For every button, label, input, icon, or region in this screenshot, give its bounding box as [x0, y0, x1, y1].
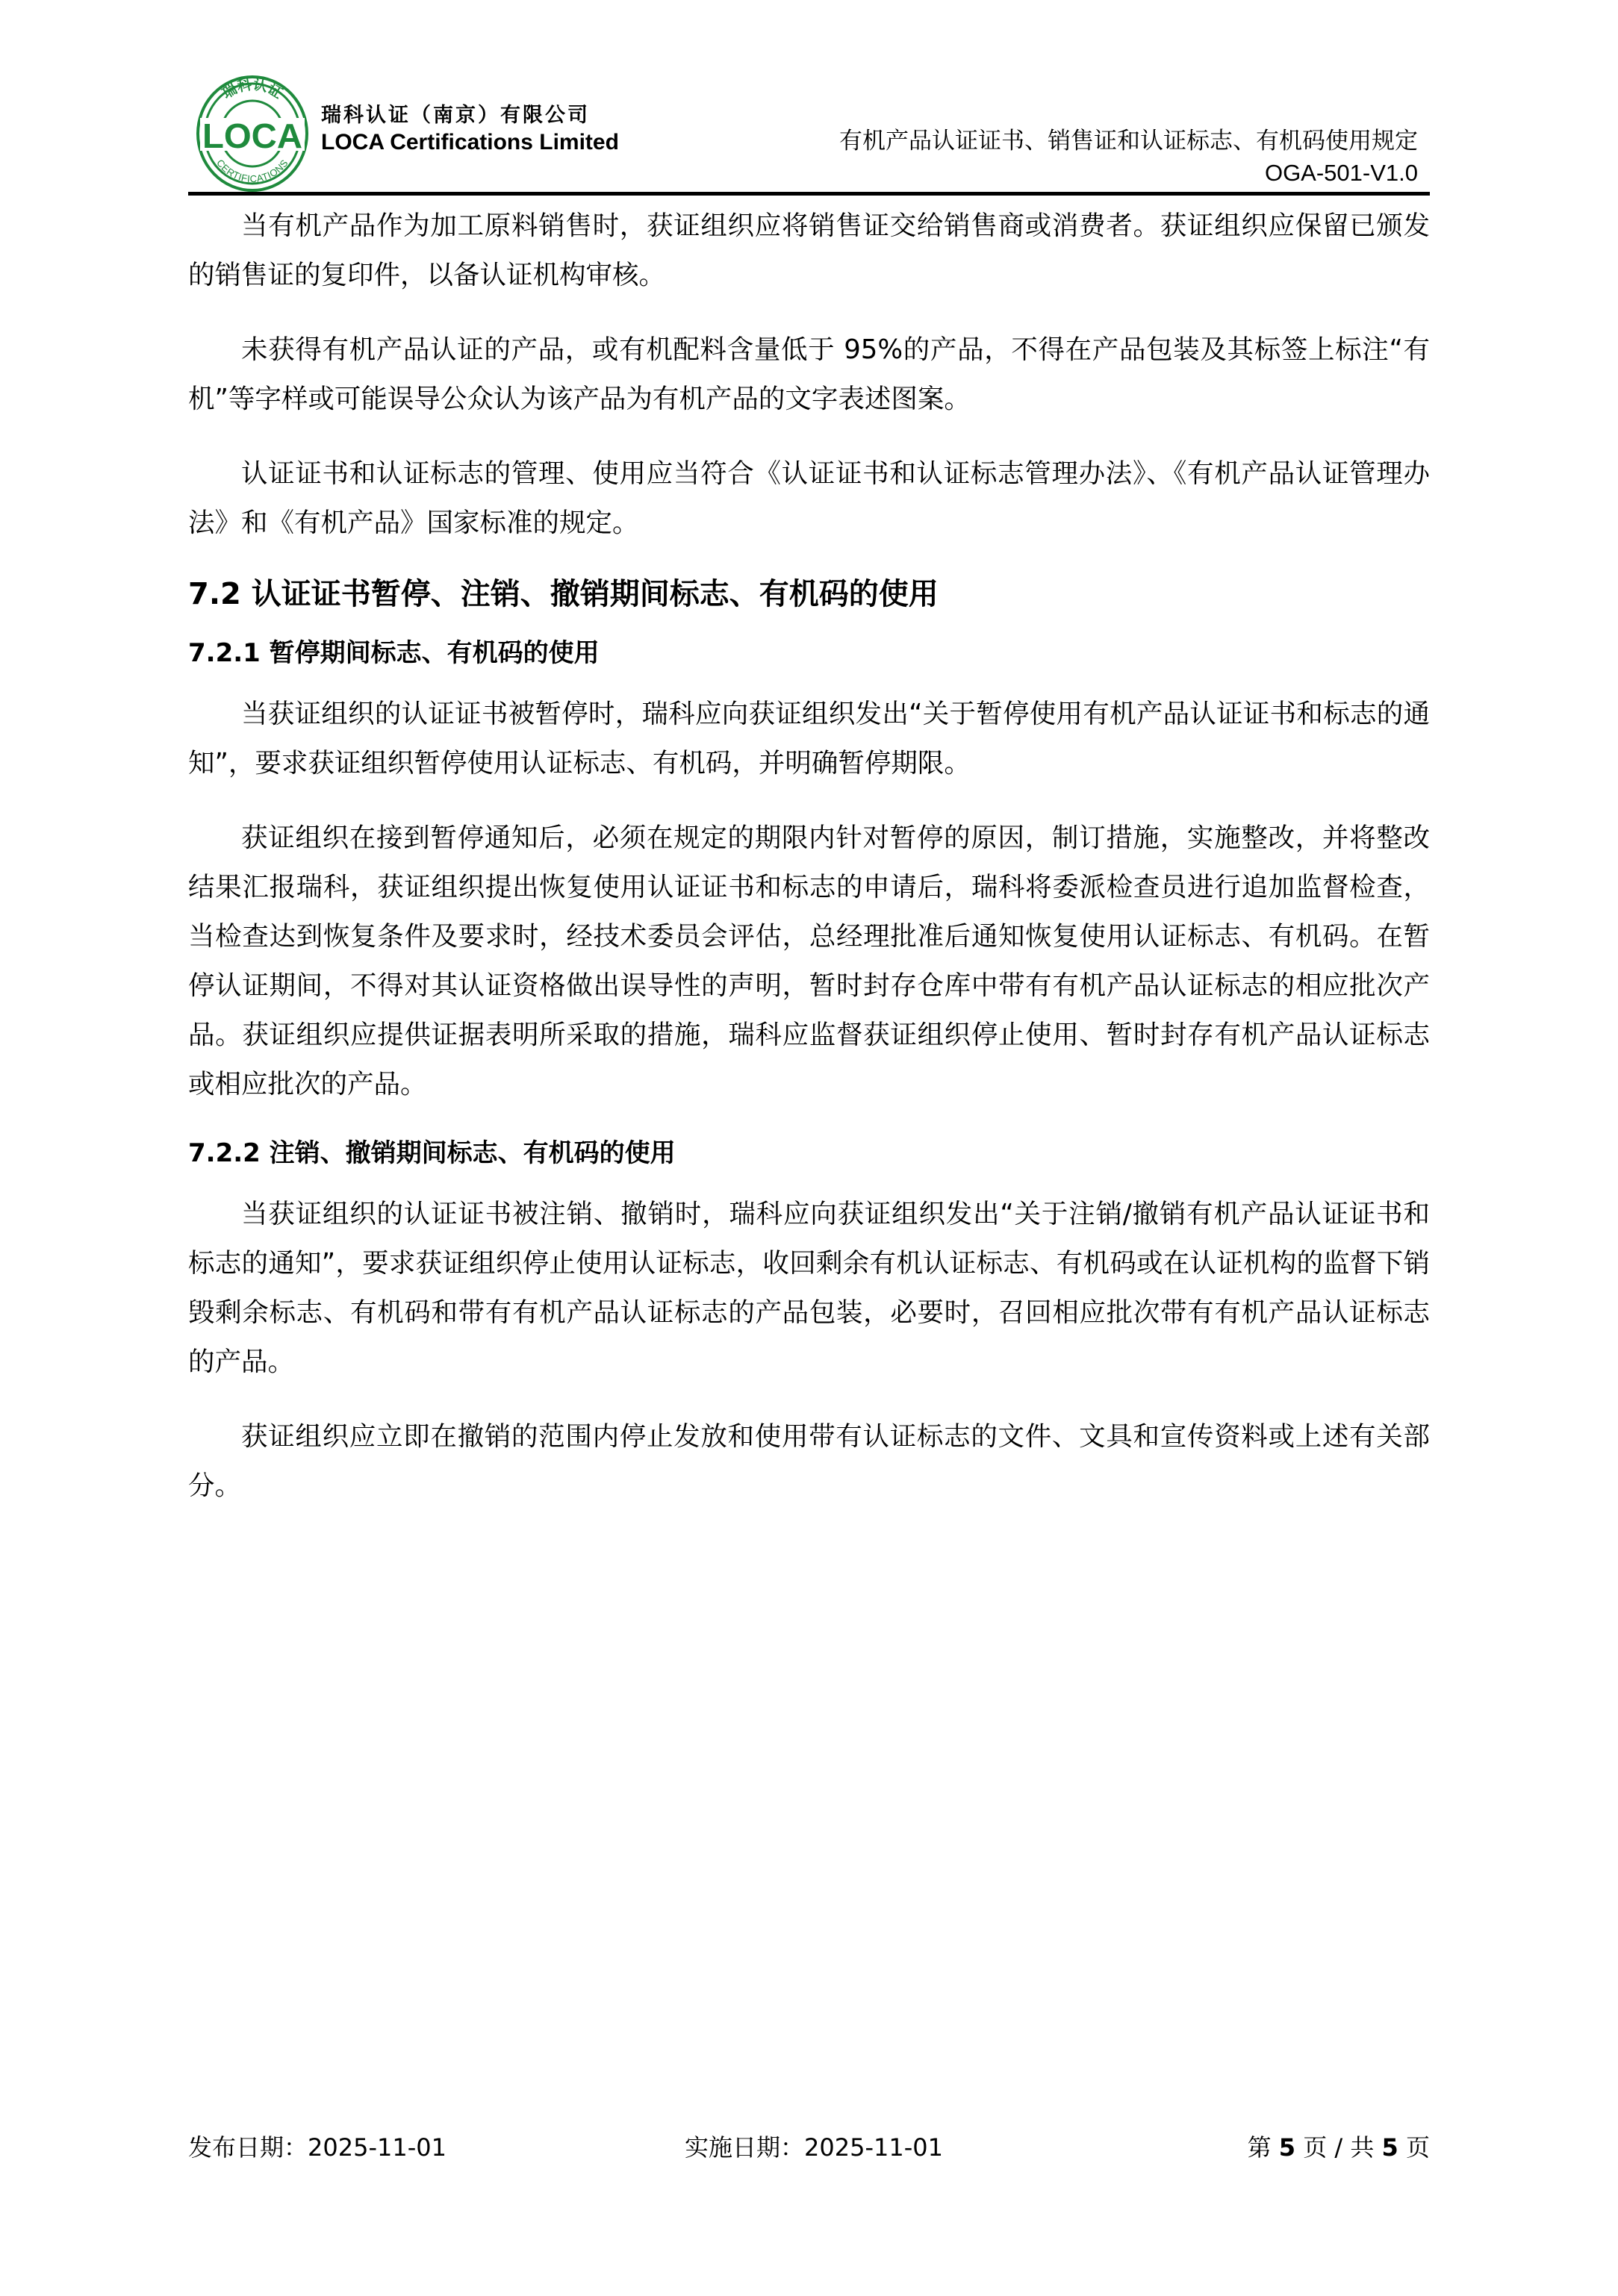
effective-date: 实施日期：2025-11-01	[685, 2129, 943, 2166]
page-number: 第 5 页 / 共 5 页	[1248, 2129, 1430, 2166]
document-body: 当有机产品作为加工原料销售时，获证组织应将销售证交给销售商或消费者。获证组织应保…	[188, 202, 1430, 1536]
section-heading-7-2: 7.2 认证证书暂停、注销、撤销期间标志、有机码的使用	[188, 573, 1430, 615]
company-name-en: LOCA Certifications Limited	[321, 128, 619, 157]
publish-date-label: 发布日期：	[188, 2133, 308, 2162]
page-prefix: 第	[1248, 2133, 1279, 2162]
page-middle: 页 / 共	[1295, 2133, 1381, 2162]
document-title: 有机产品认证证书、销售证和认证标志、有机码使用规定	[839, 125, 1418, 157]
paragraph: 当有机产品作为加工原料销售时，获证组织应将销售证交给销售商或消费者。获证组织应保…	[188, 202, 1430, 300]
paragraph: 未获得有机产品认证的产品，或有机配料含量低于 95%的产品，不得在产品包装及其标…	[188, 325, 1430, 424]
page-suffix: 页	[1398, 2133, 1430, 2162]
svg-text:瑞科认证: 瑞科认证	[219, 75, 285, 102]
svg-text:LOCA: LOCA	[202, 116, 302, 155]
effective-date-value: 2025-11-01	[804, 2133, 943, 2162]
paragraph: 当获证组织的认证证书被注销、撤销时，瑞科应向获证组织发出“关于注销/撤销有机产品…	[188, 1190, 1430, 1387]
current-page: 5	[1279, 2133, 1295, 2162]
paragraph: 认证证书和认证标志的管理、使用应当符合《认证证书和认证标志管理办法》、《有机产品…	[188, 449, 1430, 548]
paragraph: 当获证组织的认证证书被暂停时，瑞科应向获证组织发出“关于暂停使用有机产品认证证书…	[188, 690, 1430, 788]
subsection-heading-7-2-2: 7.2.2 注销、撤销期间标志、有机码的使用	[188, 1135, 1430, 1172]
document-code: OGA-501-V1.0	[1265, 158, 1418, 188]
page-footer: 发布日期：2025-11-01 实施日期：2025-11-01 第 5 页 / …	[188, 2129, 1430, 2166]
publish-date: 发布日期：2025-11-01	[188, 2129, 446, 2166]
page-header: LOCA 瑞科认证 CERTIFICATIONS 瑞科认证（南京）有限公司 LO…	[188, 73, 1430, 196]
document-page: LOCA 瑞科认证 CERTIFICATIONS 瑞科认证（南京）有限公司 LO…	[0, 0, 1618, 2296]
paragraph: 获证组织应立即在撤销的范围内停止发放和使用带有认证标志的文件、文具和宣传资料或上…	[188, 1412, 1430, 1511]
company-name: 瑞科认证（南京）有限公司 LOCA Certifications Limited	[321, 103, 619, 157]
subsection-heading-7-2-1: 7.2.1 暂停期间标志、有机码的使用	[188, 634, 1430, 672]
paragraph: 获证组织在接到暂停通知后，必须在规定的期限内针对暂停的原因，制订措施，实施整改，…	[188, 814, 1430, 1109]
total-pages: 5	[1382, 2133, 1398, 2162]
header-divider	[188, 192, 1430, 196]
publish-date-value: 2025-11-01	[308, 2133, 446, 2162]
effective-date-label: 实施日期：	[685, 2133, 804, 2162]
company-name-cn: 瑞科认证（南京）有限公司	[321, 103, 619, 128]
loca-logo-icon: LOCA 瑞科认证 CERTIFICATIONS	[196, 75, 309, 193]
svg-text:CERTIFICATIONS: CERTIFICATIONS	[214, 157, 290, 184]
